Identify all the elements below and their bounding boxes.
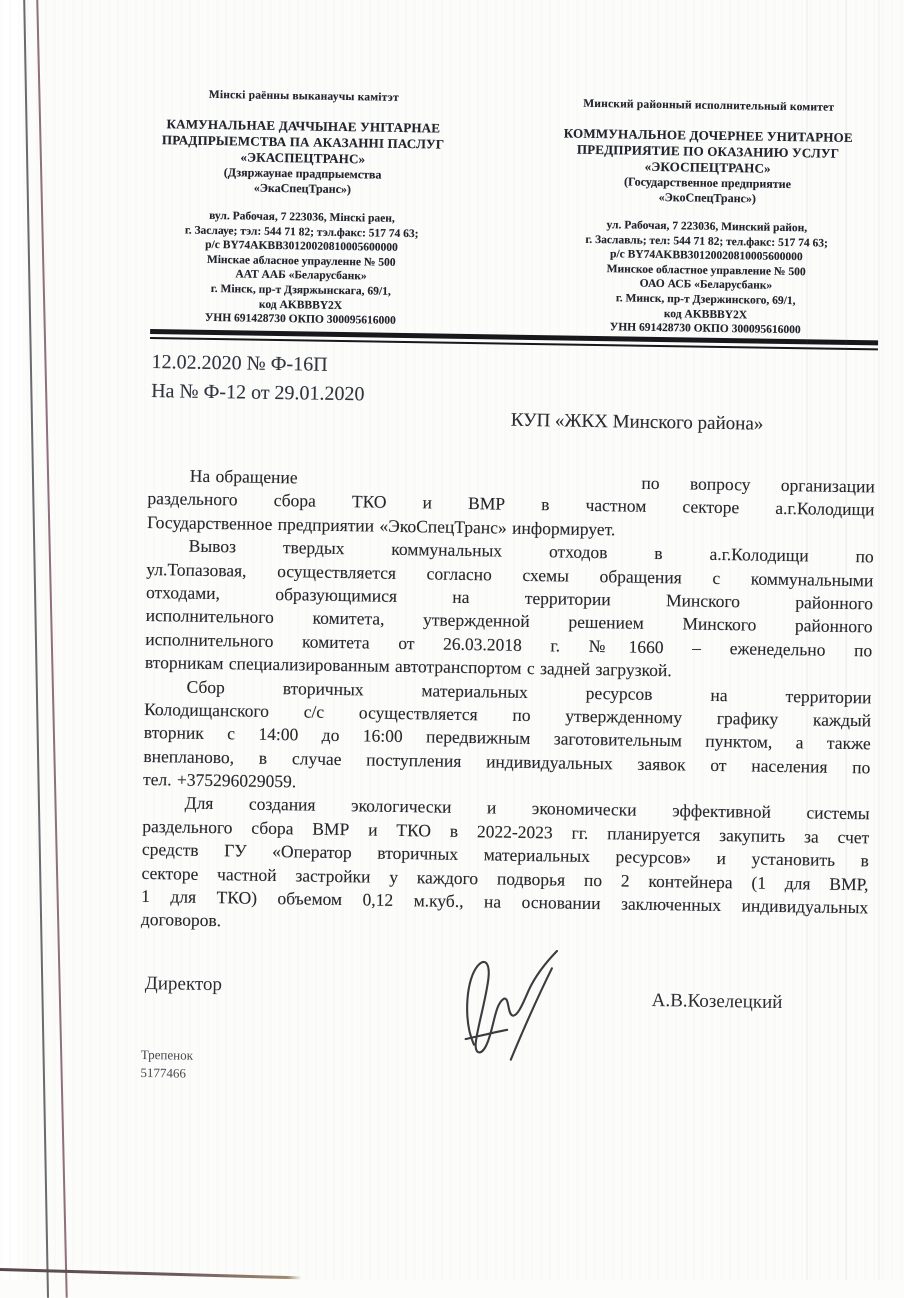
executor-phone: 5177466 [140,1064,192,1083]
signer-title: Директор [145,973,222,996]
recipient: КУП «ЖКХ Минского района» [511,410,764,436]
letterhead: Мінскі раённы выканаучы камітэт КАМУНАЛЬ… [150,88,864,339]
paragraph-text: На обращение [148,464,298,490]
scanned-letter: Мінскі раённы выканаучы камітэт КАМУНАЛЬ… [0,0,904,1280]
handwritten-signature-icon [447,938,599,1070]
signer-name: А.В.Козелецкий [652,990,783,1014]
scan-left-margin [0,0,22,1280]
executor-block: Трепенок 5177466 [140,1046,193,1083]
org-address: ул. Рабочая, 7 223036, Минский район, г.… [550,217,862,339]
outgoing-number: 12.02.2020 № Ф-16П [151,348,365,380]
incoming-number: На № Ф-12 от 29.01.2020 [151,377,365,409]
letterhead-belarusian: Мінскі раённы выканаучы камітэт КАМУНАЛЬ… [150,88,454,332]
executor-name: Трепенок [141,1046,193,1065]
letter-body: На обращение по вопросу организации разд… [141,464,875,943]
letterhead-russian: Минский районный исполнительный комитет … [550,97,864,339]
authority-name: Мінскі раённы выканаучы камітэт [154,88,454,105]
authority-name: Минский районный исполнительный комитет [554,97,864,114]
reference-block: 12.02.2020 № Ф-16П На № Ф-12 от 29.01.20… [151,348,365,408]
letter-page: Мінскі раённы выканаучы камітэт КАМУНАЛЬ… [0,0,904,1280]
org-address: вул. Рабочая, 7 223036, Мінскі раен, г. … [150,208,452,329]
